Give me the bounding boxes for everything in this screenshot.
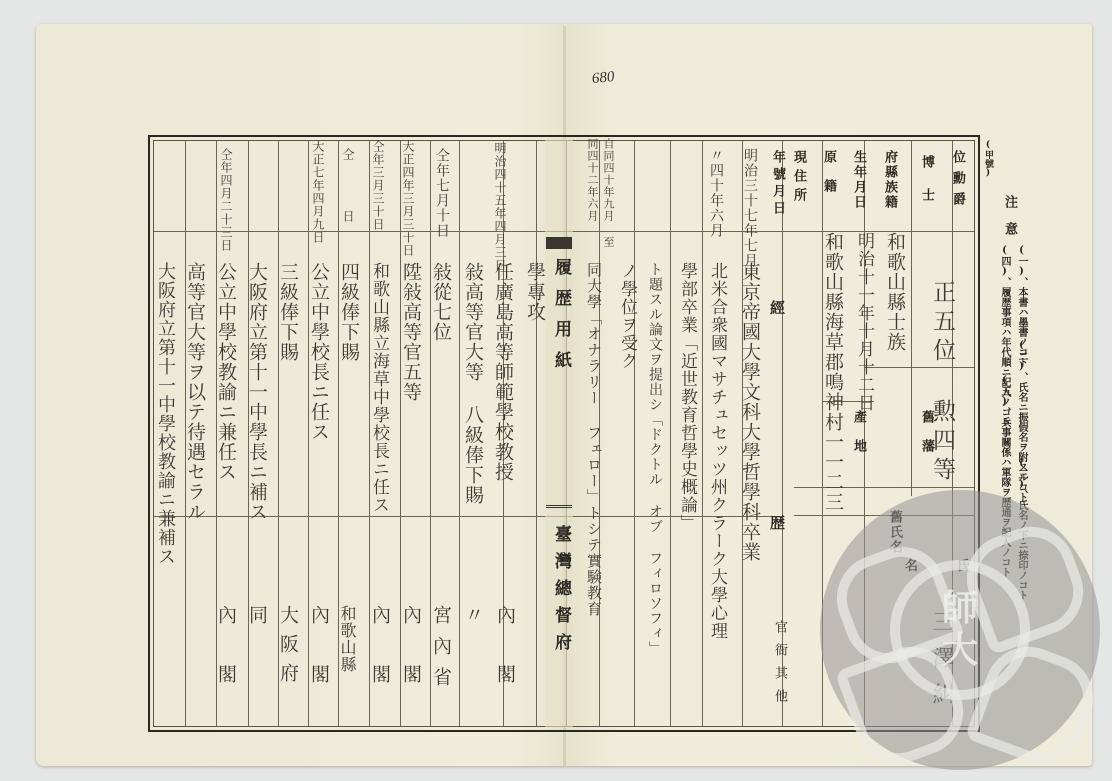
form-title: 履歴用紙: [549, 258, 574, 382]
row-date: 明治三十七年七月: [740, 148, 760, 268]
row-career: 公立中學校教諭ニ兼任ス: [213, 262, 240, 482]
residence-label: 現住所: [789, 150, 808, 207]
row-career: 四級俸下賜: [336, 262, 363, 362]
row-career: 大阪府立第十一中學校教諭ニ兼補ス: [152, 262, 178, 566]
row-office: 〃: [460, 605, 487, 625]
rank-value: 正五位 勲四等: [926, 280, 959, 486]
row-office: 內閣: [213, 605, 240, 723]
rank-label: 位勳爵: [948, 150, 967, 213]
row-date: 明治四十五年四月三日: [492, 142, 509, 272]
degree-label: 博士: [917, 155, 936, 221]
row-career: 東京帝國大學文科大學哲學科卒業: [737, 262, 764, 562]
row-career: 學部卒業「近世教育哲學史概論」: [675, 262, 700, 532]
title-ribbon-decoration: [546, 237, 572, 249]
row-office: 大阪府: [275, 605, 302, 692]
notice-heading: 注意: [1000, 195, 1019, 249]
row-career: 敍高等官大等 八級俸下賜: [460, 262, 487, 505]
title-divider: [546, 505, 572, 508]
row-office: 同: [244, 605, 271, 625]
origin-value: 和歌山縣海草郡鳴神村一一二三: [820, 232, 847, 512]
birthdate-value: 明治十一年十月十二日: [852, 232, 877, 412]
issuer-name: 臺灣總督府: [549, 525, 574, 660]
row-date: 仝年七月十日: [432, 148, 452, 238]
row-career: 高等官大等ヲ以テ待遇セラル: [182, 262, 209, 522]
row-date: 仝日: [340, 148, 357, 272]
row-career: 學專攻: [522, 262, 549, 322]
birthdate-label: 生年月日: [849, 150, 868, 210]
row-office: 內閣: [492, 605, 519, 723]
row-date: 大正七年四月九日: [310, 140, 327, 244]
prefecture-label: 府縣族籍: [880, 150, 899, 210]
library-watermark-seal: 師 大: [820, 490, 1100, 770]
row-career: 同大學「オナラリー フェロー」トシテ實験教育: [584, 262, 605, 617]
row-career: 任廣島高等師範學校教授: [490, 262, 517, 482]
birthplace-label: 產地: [849, 410, 868, 468]
row-career: 北米合衆國マサチュセッツ州クラーク大學心理: [705, 262, 730, 640]
row-office: 宮內省: [428, 605, 455, 698]
row-career: ト題スル論文ヲ提出シ「ドクトル オブ フィロソフィ」: [645, 262, 665, 656]
office-column-header: 官衙其他: [770, 620, 789, 712]
row-career: 敍從七位: [428, 262, 455, 342]
origin-label: 原籍: [819, 150, 838, 208]
row-office: 內閣: [398, 605, 425, 723]
row-career: 大阪府立第十一中學長ニ補ス: [244, 262, 271, 522]
row-date: 仝年四月二十三日: [218, 148, 235, 252]
row-date: 〃四十年六月: [706, 148, 726, 238]
page-number: 680: [591, 69, 615, 88]
row-career: 和歌山縣立海草中學校長ニ任ス: [367, 262, 392, 514]
row-office: 內閣: [306, 605, 333, 723]
date-column-header: 年號月日: [768, 150, 787, 218]
row-office: 和歌山縣: [336, 605, 359, 673]
row-office: 內閣: [367, 605, 394, 723]
row-career: 三級俸下賜: [275, 262, 302, 362]
form-type-label: (甲號): [982, 140, 995, 178]
row-career: 公立中學校長ニ任ス: [306, 262, 333, 442]
prefecture-value: 和歌山縣士族: [882, 232, 909, 352]
row-date: 仝年三月三十日: [370, 140, 387, 231]
row-career: 陞敍高等官五等: [398, 262, 425, 402]
row-career: ノ學位ヲ受ク: [615, 262, 640, 370]
row-date: 自同四十年九月 至同四十二年六月: [586, 138, 616, 248]
row-date: 大正四年三月三十日: [400, 140, 417, 257]
